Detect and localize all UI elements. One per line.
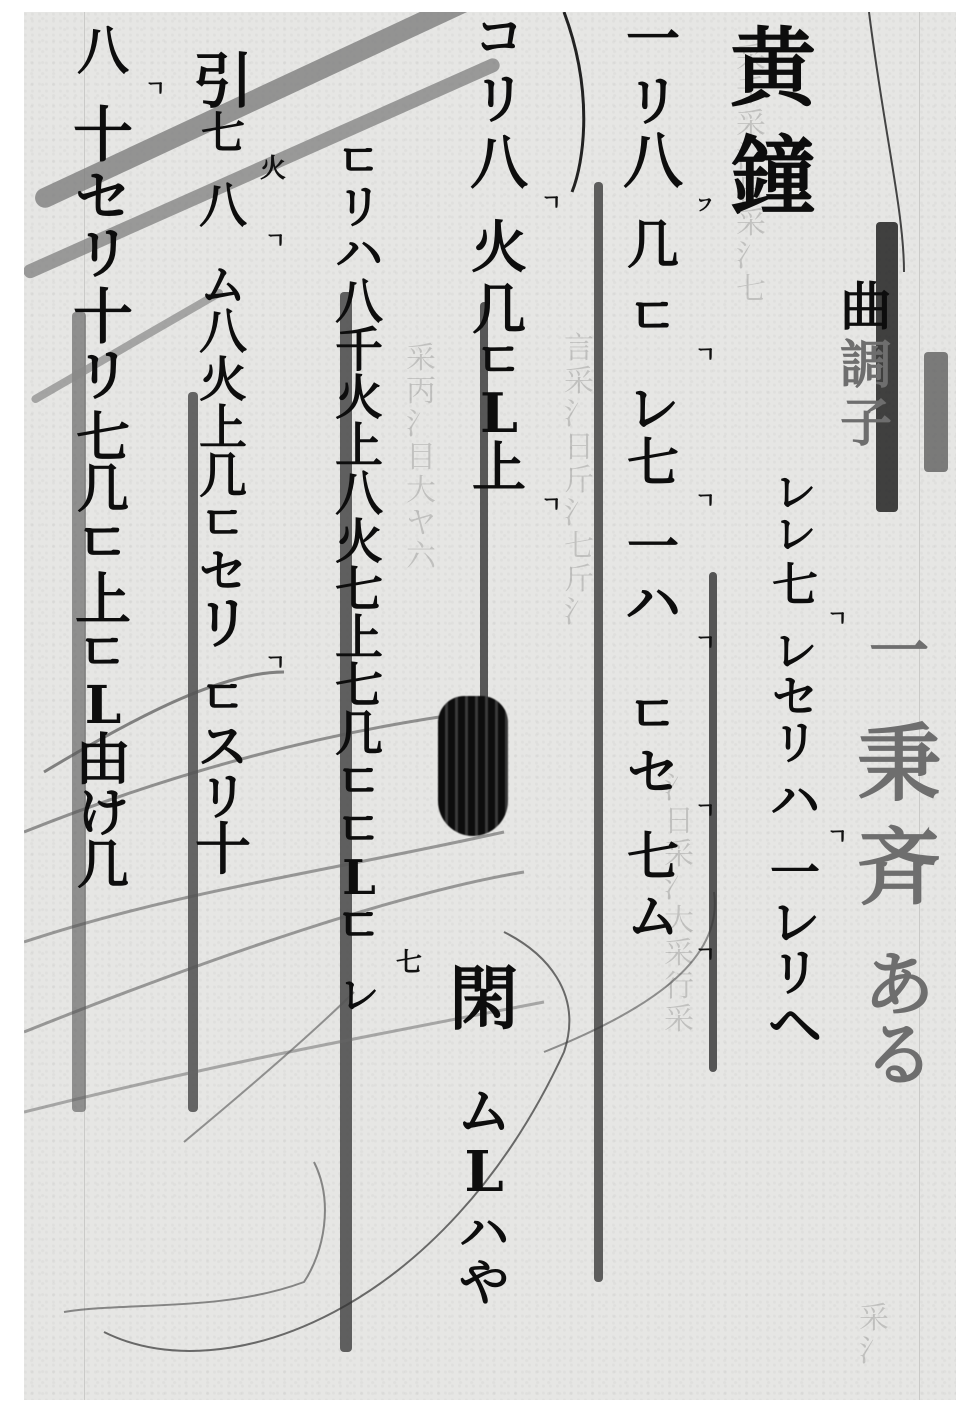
notation-glyph: 几	[627, 220, 679, 272]
notation-glyph: 上	[199, 404, 247, 452]
notation-glyph: 一	[627, 522, 679, 574]
notation-glyph: 七	[772, 562, 818, 608]
notation-glyph: リ	[772, 720, 818, 766]
notation-glyph: 八	[77, 26, 129, 78]
notation-glyph: リ	[75, 226, 131, 282]
notation-glyph: 八	[335, 470, 383, 518]
notation-glyph: ハ	[335, 230, 383, 278]
notation-glyph: レ	[339, 976, 379, 1016]
notation-glyph: 几	[199, 452, 247, 500]
notation-glyph: 八	[335, 278, 383, 326]
title-char: 黄	[730, 26, 816, 112]
notation-glyph: リ	[626, 74, 680, 128]
notation-glyph: 火	[335, 518, 383, 566]
notation-glyph: 几	[472, 282, 526, 336]
ink-scribble-block	[438, 696, 508, 836]
notation-glyph: 七	[627, 438, 679, 490]
notation-glyph: レ	[773, 630, 817, 674]
notation-mark: 火	[260, 156, 286, 182]
notation-column-3: レ レ 七 ㄱ レ セ リ ハ ㄱ 一 レ リ ヘ	[760, 472, 830, 1052]
margin-char: 秉	[857, 722, 941, 806]
notation-glyph: L	[464, 1144, 503, 1200]
title-column: 黄 鐘	[730, 26, 816, 220]
notation-column-4: コ リ 八 ㄱ 火 几 ㄷ L 上 ㄱ	[454, 12, 544, 516]
notation-glyph: ㄷ	[78, 628, 128, 680]
notation-glyph: セ	[772, 674, 818, 720]
notation-glyph: ㄷ	[628, 292, 678, 344]
notation-glyph: 八	[623, 132, 683, 192]
notation-glyph: 十	[195, 822, 251, 878]
notation-glyph: 八	[470, 134, 528, 192]
manuscript-page: 采千采⺡日采⺡七 言采⺡日斤⺡七斤⺡ 采丙⺡目大ヤ六 ⺡日采⺡大采行采 采⺡	[24, 12, 956, 1400]
notation-glyph: ㄷ	[336, 758, 382, 806]
notation-glyph: 引	[193, 52, 253, 112]
notation-glyph: ㄷ	[76, 516, 130, 572]
margin-char: 斉	[857, 826, 941, 910]
subtitle-char: 曲	[840, 282, 892, 334]
notation-mark: ㄱ	[541, 494, 562, 516]
notation-column-7: 八 ㄱ 十 セ リ 十 リ 七 几 ㄷ 上 ㄷ L 由 け 几	[58, 26, 148, 892]
notation-glyph: コ	[474, 12, 524, 62]
notation-column-2: 一 リ 八 ㇷ 几 ㄷ ㄱ レ 七 ㄱ 一 ハ ㄱ ㄷ セ ㄱ 七 ム ㄱ	[608, 12, 698, 966]
notation-glyph: リ	[75, 348, 131, 404]
notation-mark: ㇷ	[694, 192, 716, 214]
notation-glyph: L	[480, 386, 518, 440]
notation-glyph: 一	[626, 12, 680, 66]
notation-glyph: け	[77, 788, 129, 840]
notation-glyph: 火	[335, 374, 383, 422]
notation-glyph: 几	[77, 840, 129, 892]
notation-glyph: 七	[335, 566, 383, 614]
notation-glyph: 火	[471, 220, 527, 276]
notation-glyph: L	[342, 854, 376, 902]
notation-column-6: 引 七 火 八 ㄱ ム 八 火 上 几 ㄷ セ リ ㄱ ㄷ ス リ 十	[178, 52, 268, 878]
notation-mark: ㄱ	[827, 826, 848, 848]
margin-char: 一	[869, 622, 929, 682]
notation-glyph: レ	[770, 898, 820, 948]
notation-glyph: ハ	[770, 776, 820, 826]
notation-mark: ㄱ	[827, 608, 848, 630]
notation-glyph: ス	[198, 722, 248, 772]
notation-mark: ㄱ	[145, 78, 166, 100]
notation-column-4-lower: 閑 ム L ハ や	[434, 964, 534, 1308]
notation-glyph: セ	[627, 748, 679, 800]
notation-glyph: ム	[457, 1084, 511, 1138]
notation-glyph: 七	[76, 410, 130, 464]
notation-glyph: ハ	[625, 576, 681, 632]
notation-glyph: 十	[73, 106, 133, 166]
notation-glyph: リ	[195, 596, 251, 652]
notation-mark: ㄱ	[695, 490, 716, 512]
notation-glyph: セ	[75, 170, 131, 226]
subtitle-char: 調	[840, 340, 892, 392]
notation-glyph: レ	[774, 514, 816, 556]
subtitle-char: 子	[840, 398, 892, 450]
notation-glyph: や	[459, 1258, 509, 1308]
margin-char: ある	[842, 950, 956, 1090]
notation-column-5: ㄷ リ ハ 八 千 火 上 八 火 七 上 七 几 ㄷ ㄷ L ㄷ 七 レ	[314, 138, 404, 1016]
notation-glyph: レ	[774, 472, 816, 514]
notation-glyph: セ	[199, 548, 247, 596]
notation-glyph: 由	[75, 732, 131, 788]
notation-glyph: ム	[627, 892, 679, 944]
notation-glyph: ㄷ	[336, 902, 382, 950]
notation-glyph: ヘ	[768, 998, 822, 1052]
notation-glyph: リ	[336, 184, 382, 230]
notation-glyph: 火	[199, 356, 247, 404]
notation-glyph: レ	[627, 384, 679, 436]
notation-glyph: ㄷ	[628, 690, 678, 742]
notation-glyph: 八	[199, 182, 247, 230]
notation-glyph: 八	[199, 308, 247, 356]
notation-glyph: ハ	[459, 1208, 509, 1258]
notation-glyph: 閑	[449, 964, 519, 1034]
notation-glyph: リ	[770, 948, 820, 998]
notation-glyph: 上	[75, 572, 131, 628]
notation-glyph: ㄷ	[200, 500, 246, 548]
notation-mark: ㄱ	[265, 230, 286, 252]
notation-mark: 七	[396, 950, 422, 976]
notation-glyph: ム	[200, 262, 246, 308]
notation-glyph: リ	[198, 772, 248, 822]
notation-mark: ㄱ	[695, 344, 716, 366]
notation-glyph: 几	[335, 710, 383, 758]
right-margin-annotation: 一 秉 斉 ある	[842, 622, 956, 1090]
notation-mark: ㄱ	[695, 800, 716, 822]
notation-mark: ㄱ	[695, 944, 716, 966]
notation-glyph: 上	[335, 614, 383, 662]
subtitle-column: 曲 調 子	[840, 282, 892, 450]
notation-glyph: 几	[77, 464, 129, 516]
notation-glyph: 上	[335, 422, 383, 470]
notation-glyph: 千	[335, 326, 383, 374]
notation-glyph: ㄷ	[475, 336, 523, 386]
notation-mark: ㄱ	[541, 192, 562, 214]
notation-glyph: L	[85, 680, 122, 732]
notation-glyph: リ	[472, 72, 526, 126]
notation-glyph: 一	[770, 848, 820, 898]
notation-glyph: ㄷ	[337, 138, 381, 184]
title-char: 鐘	[730, 134, 816, 220]
notation-glyph: 十	[73, 288, 133, 348]
notation-glyph: 七	[201, 112, 245, 156]
notation-glyph: 上	[472, 440, 526, 494]
notation-mark: ㄱ	[265, 652, 286, 674]
notation-glyph: ㄷ	[336, 806, 382, 854]
notation-glyph: 七	[627, 832, 679, 884]
notation-glyph: 七	[335, 662, 383, 710]
notation-glyph: ㄷ	[200, 674, 246, 722]
notation-mark: ㄱ	[695, 632, 716, 654]
